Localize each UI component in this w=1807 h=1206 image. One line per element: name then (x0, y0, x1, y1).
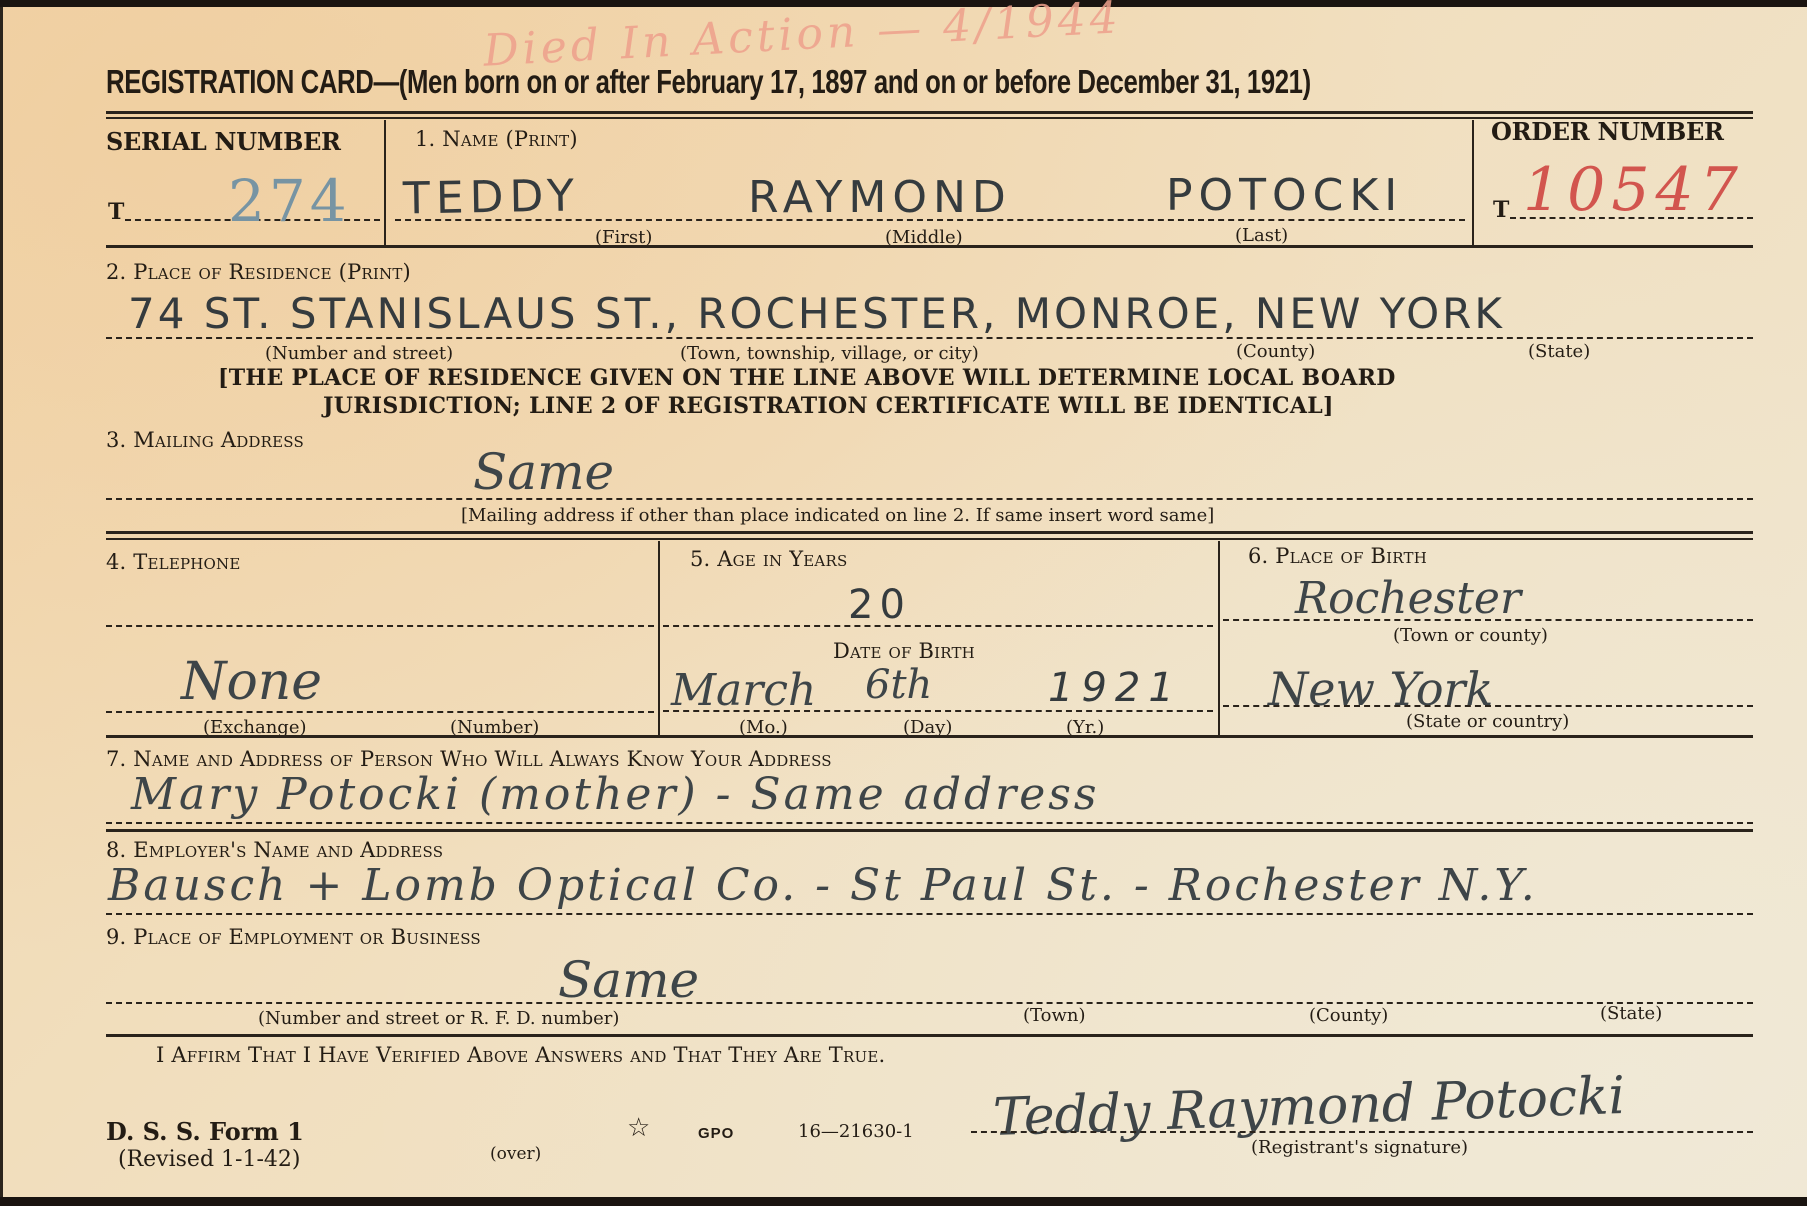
serial-prefix: T (108, 199, 124, 225)
name-order-divider (1472, 120, 1474, 246)
top-double-rule-1 (106, 111, 1753, 114)
residence-notice-line-1: [THE PLACE OF RESIDENCE GIVEN ON THE LIN… (218, 365, 1396, 391)
telephone-dashed-line-2 (106, 711, 654, 713)
signature-dashed-line (971, 1131, 1753, 1133)
place-of-birth-label: 6. Place of Birth (1248, 544, 1427, 568)
residence-caption-town: (Town, township, village, or city) (680, 343, 979, 364)
employer-label: 8. Employer's Name and Address (106, 838, 443, 862)
serial-number-label: SERIAL NUMBER (106, 127, 341, 156)
registrant-signature: Teddy Raymond Potocki (992, 1066, 1626, 1148)
dob-day-value: 6th (865, 662, 932, 708)
telephone-dashed-line-1 (106, 625, 654, 627)
employment-dashed-line (106, 1002, 1753, 1004)
rule-after-contact (106, 829, 1753, 832)
birthplace-state-caption: (State or country) (1406, 711, 1569, 732)
name-caption-last: (Last) (1235, 225, 1288, 246)
serial-name-divider (384, 120, 386, 246)
mailing-address-value: Same (473, 443, 614, 501)
birthplace-town-caption: (Town or county) (1393, 625, 1548, 646)
dob-year-value: 1921 (1048, 665, 1182, 711)
residence-notice-line-2: JURISDICTION; LINE 2 OF REGISTRATION CER… (323, 393, 1334, 419)
birthplace-town-dashed-line (1223, 619, 1753, 621)
telephone-label: 4. Telephone (106, 550, 241, 574)
mailing-address-label: 3. Mailing Address (106, 428, 304, 452)
double-rule-b (106, 538, 1753, 540)
place-of-employment-value: Same (558, 951, 699, 1009)
registration-card: Died In Action — 4/1944 REGISTRATION CAR… (0, 7, 1807, 1197)
over-note: (over) (490, 1144, 541, 1164)
name-dashed-line (395, 219, 1465, 221)
date-of-birth-label: Date of Birth (833, 639, 975, 663)
age-value: 20 (848, 582, 911, 628)
order-number-label: ORDER NUMBER (1491, 117, 1724, 146)
affirmation-text: I Affirm That I Have Verified Above Answ… (156, 1043, 885, 1067)
rule-after-employment (106, 1034, 1753, 1037)
rule-after-name (106, 245, 1753, 248)
form-revised: (Revised 1-1-42) (118, 1147, 300, 1172)
age-label: 5. Age in Years (690, 547, 847, 571)
name-middle-value: RAYMOND (748, 172, 1012, 223)
rule-after-row-4-6 (106, 735, 1753, 738)
contact-person-label: 7. Name and Address of Person Who Will A… (106, 747, 832, 771)
place-of-employment-label: 9. Place of Employment or Business (106, 925, 481, 949)
mailing-dashed-line (106, 498, 1753, 500)
residence-value: 74 ST. STANISLAUS ST., ROCHESTER, MONROE… (128, 289, 1505, 338)
double-rule-a (106, 531, 1753, 534)
residence-caption-street: (Number and street) (265, 343, 453, 364)
telephone-age-divider (658, 541, 660, 736)
birthplace-town-value: Rochester (1295, 573, 1521, 624)
serial-number-value: 274 (228, 167, 351, 235)
contact-person-value: Mary Potocki (mother) - Same address (131, 769, 1099, 820)
telephone-value: None (181, 652, 322, 712)
employment-caption-county: (County) (1309, 1005, 1388, 1026)
print-code: 16—21630-1 (798, 1121, 914, 1142)
residence-caption-county: (County) (1236, 341, 1315, 362)
age-dashed-line (663, 625, 1213, 627)
residence-label: 2. Place of Residence (Print) (106, 260, 411, 284)
order-prefix: T (1493, 197, 1509, 223)
employment-caption-street: (Number and street or R. F. D. number) (258, 1008, 619, 1029)
form-number: D. S. S. Form 1 (106, 1117, 304, 1146)
name-first-value: TEDDY (403, 170, 581, 224)
card-title: REGISTRATION CARD—(Men born on or after … (106, 63, 1311, 101)
mailing-note: [Mailing address if other than place ind… (461, 505, 1214, 526)
employer-dashed-line (106, 913, 1753, 915)
gpo-mark: GPO (698, 1125, 734, 1142)
contact-dashed-line (106, 822, 1753, 824)
employment-caption-state: (State) (1600, 1003, 1662, 1024)
employer-value: Bausch + Lomb Optical Co. - St Paul St. … (108, 860, 1538, 911)
star-icon: ☆ (627, 1113, 650, 1143)
residence-caption-state: (State) (1528, 341, 1590, 362)
employment-caption-town: (Town) (1023, 1005, 1086, 1026)
birthplace-state-value: New York (1268, 662, 1493, 716)
name-label: 1. Name (Print) (415, 127, 578, 151)
order-number-value: 10547 (1523, 155, 1744, 225)
dob-month-value: March (671, 665, 816, 716)
age-birthplace-divider (1218, 541, 1220, 736)
name-last-value: POTOCKI (1166, 170, 1403, 221)
dob-dashed-line (663, 710, 1213, 712)
birthplace-state-dashed-line (1223, 705, 1753, 707)
signature-caption: (Registrant's signature) (1251, 1137, 1468, 1158)
residence-dashed-line (106, 337, 1753, 339)
